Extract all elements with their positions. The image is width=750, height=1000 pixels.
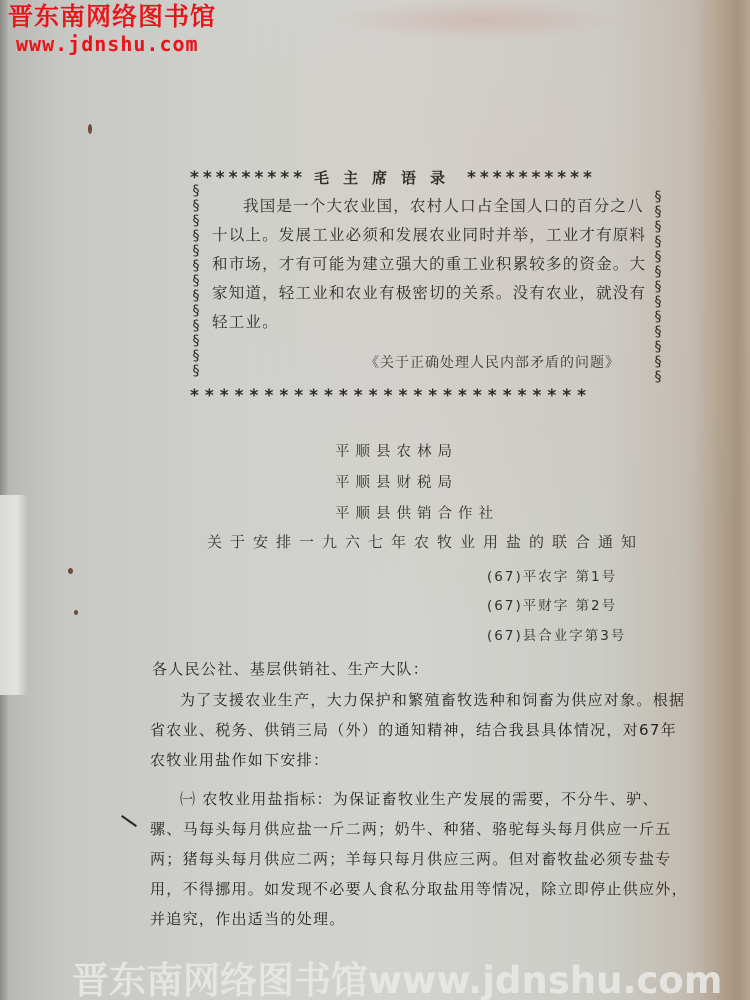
watermark-site-url: www.jdnshu.com [8, 32, 216, 56]
quotation-source: 《关于正确处理人民内部矛盾的问题》 [365, 352, 620, 372]
body-paragraph-2: ㈠ 农牧业用盐指标：为保证畜牧业生产发展的需要，不分牛、驴、骡、马每头每月供应盐… [150, 784, 690, 934]
issuer-supply-cooperative: 平顺县供销合作社 [335, 502, 499, 523]
section-sign-border-left: § § § § § § § § § § § § § [189, 184, 203, 379]
section-sign-border-right: § § § § § § § § § § § § § [651, 190, 665, 385]
ink-spot [74, 610, 78, 615]
watermark-site-name: 晋东南网络图书馆 [8, 2, 216, 32]
quotation-box-bottom-border: *************************** [190, 386, 665, 406]
issuer-finance-tax-bureau: 平顺县财税局 [335, 471, 458, 492]
watermark-top: 晋东南网络图书馆 www.jdnshu.com [8, 2, 216, 56]
issuer-agriculture-bureau: 平顺县农林局 [335, 440, 458, 461]
document-number-3: (67)县合业字第3号 [487, 624, 626, 644]
quotation-box-top-border: *********毛主席语录********** [190, 168, 665, 188]
ink-spot [68, 568, 73, 574]
body-paragraph-1: 为了支援农业生产，大力保护和繁殖畜牧选种和饲畜为供应对象。根据省农业、税务、供销… [150, 685, 690, 775]
star-border-right: ********** [467, 168, 596, 188]
document-number-1: (67)平农字 第1号 [487, 565, 617, 585]
quotation-title: 毛主席语录 [306, 169, 467, 187]
document-number-2: (67)平财字 第2号 [487, 594, 617, 614]
notice-title: 关于安排一九六七年农牧业用盐的联合通知 [207, 531, 644, 552]
quotation-text: 我国是一个大农业国，农村人口占全国人口的百分之八十以上。发展工业必须和发展农业同… [212, 192, 647, 337]
addressee-line: 各人民公社、基层供销社、生产大队： [152, 654, 692, 684]
watermark-bottom: 晋东南网络图书馆www.jdnshu.com [72, 950, 722, 1000]
paper-stain [330, 0, 630, 40]
page-right-fold-shadow [690, 0, 750, 1000]
star-border-left: ********* [190, 168, 306, 188]
ink-spot [88, 124, 92, 134]
underlying-page-tab [0, 495, 28, 695]
quotation-box: *********毛主席语录********** § § § § § § § §… [190, 168, 665, 400]
